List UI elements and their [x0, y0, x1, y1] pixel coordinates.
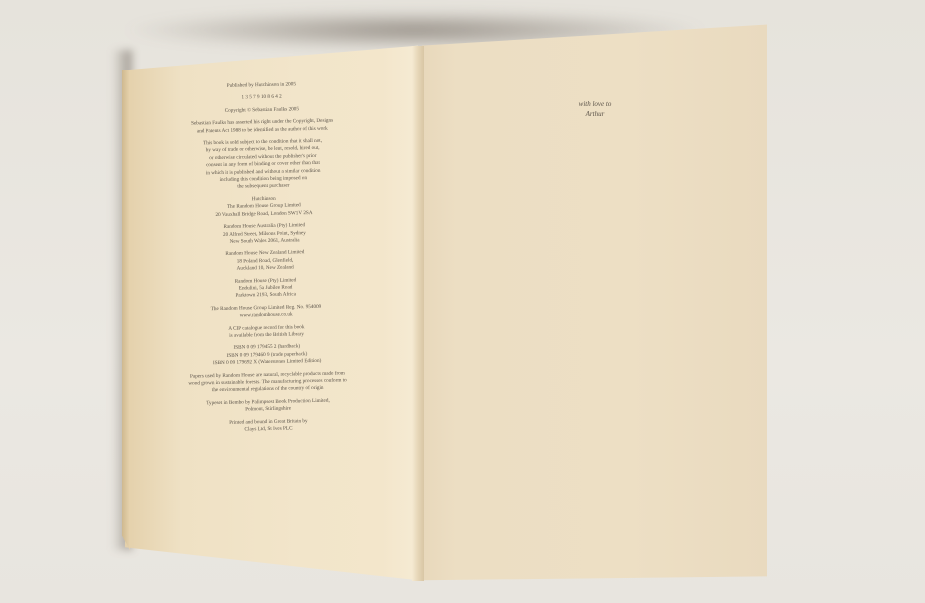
copyright-block: A CIP catalogue record for this bookis a…	[151, 322, 381, 342]
copyright-block: Copyright © Sebastian Faulks 2005	[147, 104, 377, 116]
copyright-block: ISBN 0 09 179455 2 (hardback)ISBN 0 09 1…	[152, 342, 382, 369]
copyright-block: Typeset in Bembo by Palimpsest Book Prod…	[153, 396, 383, 416]
copyright-block: Random House (Pty) LimitedEndulini, 5a J…	[150, 275, 380, 302]
copyright-line: Copyright © Sebastian Faulks 2005	[147, 104, 377, 116]
book-gutter	[412, 46, 424, 581]
copyright-block: Printed and bound in Great Britain byCla…	[153, 416, 383, 436]
copyright-block: Papers used by Random House are natural,…	[152, 369, 382, 396]
copyright-block: The Random House Group Limited Reg. No. …	[151, 302, 381, 322]
copyright-block: This book is sold subject to the conditi…	[147, 137, 378, 194]
dedication-line-1: with love to	[535, 99, 655, 109]
copyright-block: Random House New Zealand Limited18 Polan…	[150, 248, 380, 275]
copyright-block: 1 3 5 7 9 10 8 6 4 2	[147, 92, 377, 104]
copyright-block: Random House Australia (Pty) Limited20 A…	[149, 221, 379, 248]
copyright-line: 1 3 5 7 9 10 8 6 4 2	[147, 92, 377, 104]
copyright-block: Sebastian Faulks has asserted his right …	[147, 117, 377, 137]
open-book: Published by Hutchinson in 20051 3 5 7 9…	[122, 20, 767, 590]
page-edges	[122, 70, 130, 550]
dedication-text: with love to Arthur	[535, 99, 655, 119]
copyright-text: Published by Hutchinson in 20051 3 5 7 9…	[146, 80, 383, 441]
dedication-line-2: Arthur	[535, 109, 655, 119]
copyright-block: HutchinsonThe Random House Group Limited…	[149, 193, 379, 220]
